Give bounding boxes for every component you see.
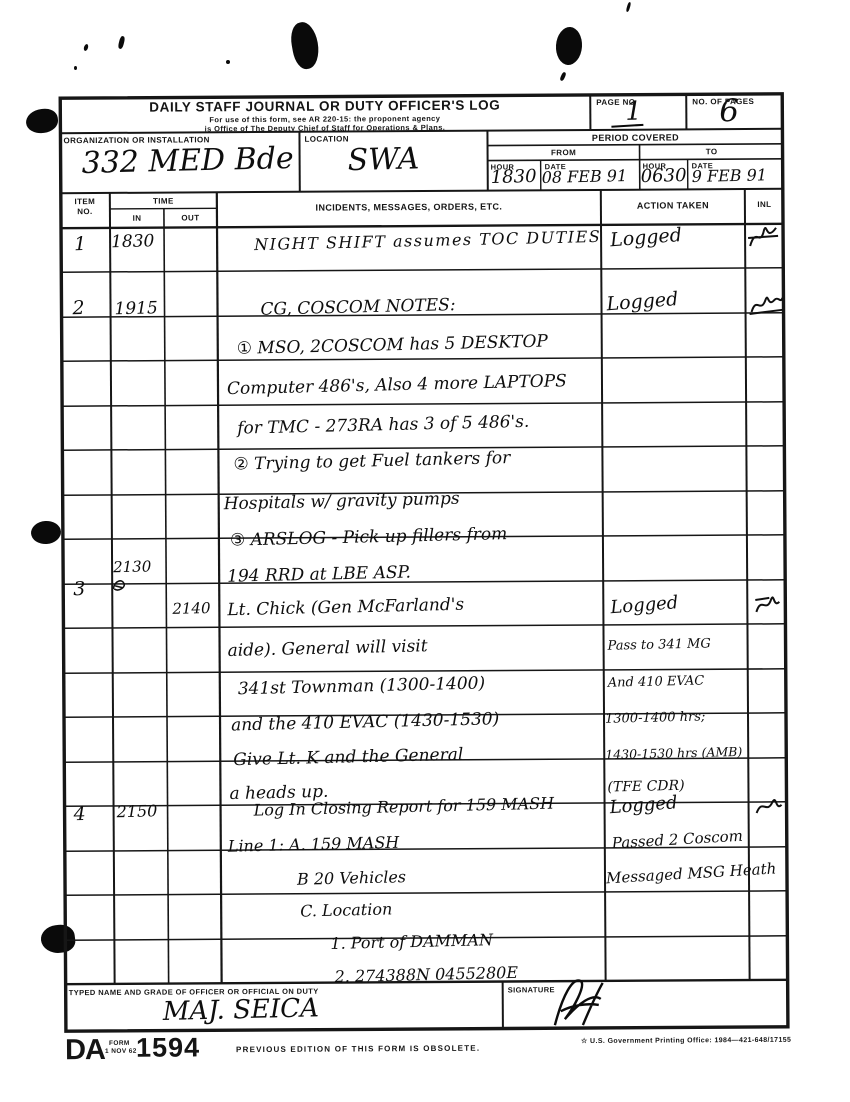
item-no: 4 (73, 803, 86, 825)
col-item-line2: NO. (60, 207, 110, 216)
from-label: FROM (488, 148, 640, 158)
form-title-block: DAILY STAFF JOURNAL OR DUTY OFFICER'S LO… (59, 97, 590, 134)
item-no: 2 (72, 297, 85, 319)
form-label: FORM (109, 1040, 130, 1047)
period-covered-label: PERIOD COVERED (487, 132, 783, 144)
journal-text: C. Location (300, 899, 393, 920)
obsolete-note: PREVIOUS EDITION OF THIS FORM IS OBSOLET… (236, 1044, 480, 1054)
form-edition: 1 NOV 62 (105, 1048, 137, 1055)
organization-value: 332 MED Bde (81, 141, 294, 181)
time-in: 1915 (114, 298, 158, 319)
num-pages-value: 6 (719, 93, 740, 129)
form-body: DAILY STAFF JOURNAL OR DUTY OFFICER'S LO… (0, 0, 850, 1102)
initials-scrawl (748, 292, 784, 318)
journal-text: 1. Port of DAMMAN (330, 930, 493, 953)
form-number: 1594 (136, 1032, 200, 1063)
journal-text: Line 1: A. 159 MASH (228, 833, 400, 856)
time-out: 2140 (172, 599, 211, 618)
item-no: 3 (73, 578, 86, 600)
col-time-in: IN (110, 214, 164, 223)
from-hour-value: 1830 (490, 166, 536, 188)
gpo-note: ☆ U.S. Government Printing Office: 1984—… (581, 1036, 791, 1045)
typed-name-value: MAJ. SEICA (162, 993, 319, 1027)
to-hour-value: 0630 (640, 165, 686, 187)
from-date-value: 08 FEB 91 (542, 166, 628, 187)
initials-scrawl (753, 795, 783, 819)
time-in: 2130 (113, 557, 152, 576)
time-in: 2150 (116, 801, 157, 821)
initials-scrawl (746, 224, 780, 252)
col-time: TIME (110, 196, 217, 206)
scanned-form-page: DAILY STAFF JOURNAL OR DUTY OFFICER'S LO… (0, 0, 850, 1102)
scribble-mark (110, 577, 128, 594)
page-no-value: 1 (625, 97, 642, 127)
action-taken: Pass to 341 MG (607, 636, 711, 653)
col-initials: INL (745, 200, 784, 209)
form-prefix: DA (65, 1034, 105, 1067)
to-label: TO (640, 147, 784, 157)
action-taken: And 410 EVAC (608, 673, 705, 690)
item-no: 1 (74, 233, 87, 255)
initials-scrawl (753, 594, 781, 620)
journal-text: B 20 Vehicles (297, 867, 406, 889)
time-in: 1830 (111, 231, 155, 252)
location-value: SWA (347, 141, 419, 178)
location-label: LOCATION (304, 134, 348, 143)
to-date-value: 9 FEB 91 (691, 165, 767, 186)
col-time-out: OUT (164, 213, 217, 222)
action-taken: 1300-1400 hrs; (605, 709, 706, 726)
col-item-line1: ITEM (60, 197, 110, 206)
col-action-taken: ACTION TAKEN (601, 200, 745, 211)
signature-scrawl (543, 975, 623, 1029)
